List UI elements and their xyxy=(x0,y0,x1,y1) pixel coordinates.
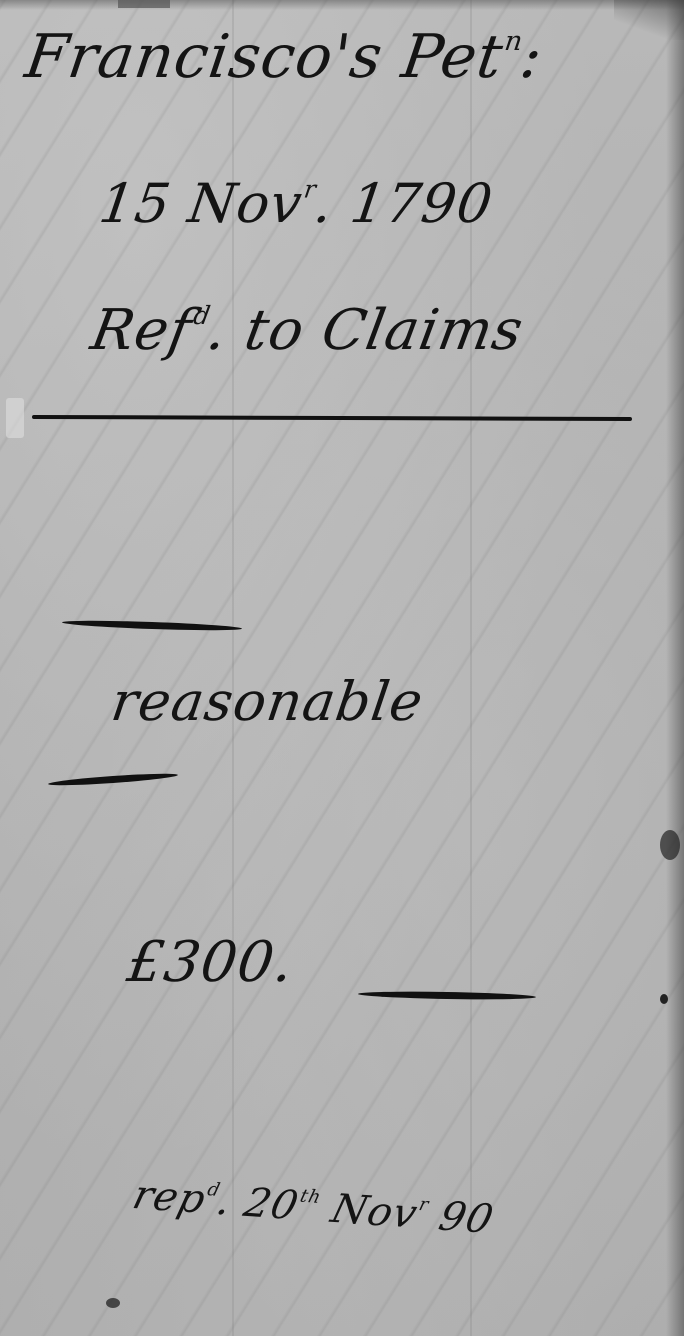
verdict-text: reasonable xyxy=(108,670,428,733)
reported-date-note: repd. 20th Novr 90 xyxy=(128,1172,498,1242)
paper-top-edge xyxy=(0,0,684,10)
referral-note: Refd. to Claims xyxy=(86,298,528,363)
paper-right-edge xyxy=(666,0,684,1336)
ink-dash xyxy=(62,619,242,632)
horizontal-rule xyxy=(32,415,632,421)
manuscript-page: Francisco's Petn: 15 Novr. 1790 Refd. to… xyxy=(0,0,684,1336)
paper-wear-spot xyxy=(6,398,24,438)
ink-dash xyxy=(48,771,178,787)
amount-text: £300. xyxy=(123,930,297,995)
ink-blot xyxy=(660,994,668,1004)
ink-blot xyxy=(106,1298,120,1308)
ink-dash xyxy=(358,990,536,1000)
paper-corner-shadow xyxy=(614,0,684,40)
paper-top-tab xyxy=(118,0,170,8)
docket-title: Francisco's Petn: xyxy=(21,22,547,92)
docket-date: 15 Novr. 1790 xyxy=(96,172,497,235)
ink-blot xyxy=(660,830,680,860)
